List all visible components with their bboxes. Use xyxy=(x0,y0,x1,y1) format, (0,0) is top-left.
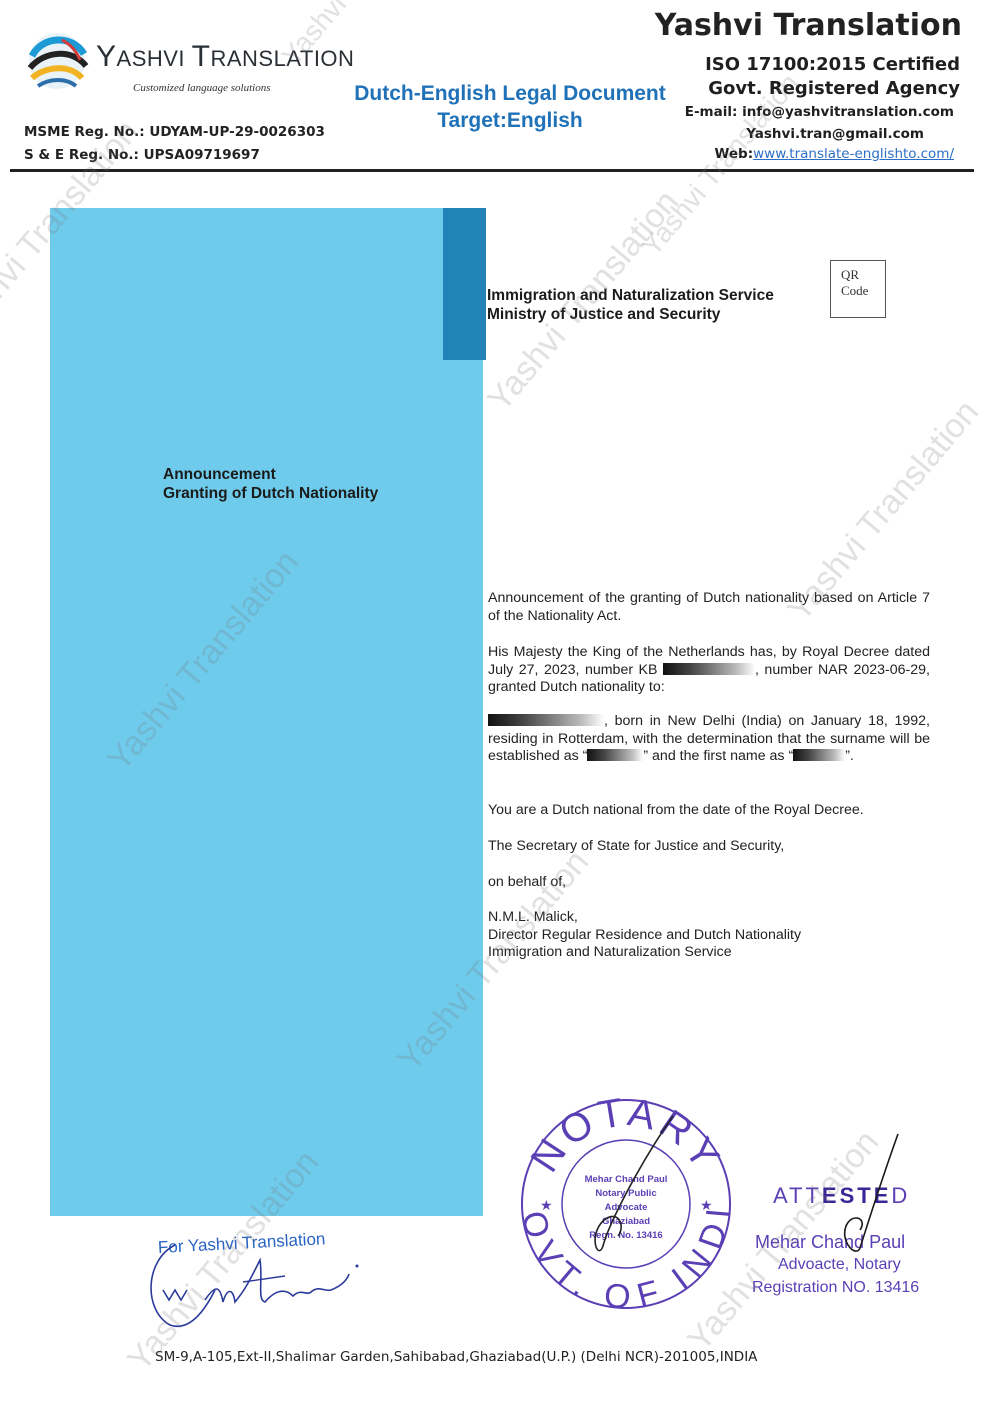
brand-name: YASHVI TRANSLATION xyxy=(96,40,354,74)
msme-registration: MSME Reg. No.: UDYAM-UP-29-0026303 xyxy=(24,124,325,140)
company-title: Yashvi Translation xyxy=(655,8,962,43)
header-divider xyxy=(10,169,974,172)
paragraph-nationality-date: You are a Dutch national from the date o… xyxy=(488,802,930,820)
company-website: Web:www.translate-englishto.com/ xyxy=(714,146,954,162)
paragraph-royal-decree: His Majesty the King of the Netherlands … xyxy=(488,644,930,697)
company-email: E-mail: info@yashvitranslation.com xyxy=(685,104,954,120)
iso-certification: ISO 17100:2015 Certified xyxy=(705,54,960,75)
qr-code-placeholder: QR Code xyxy=(830,260,886,318)
se-registration: S & E Reg. No.: UPSA09719697 xyxy=(24,147,260,163)
redacted-full-name xyxy=(488,714,604,726)
issuing-authority: Immigration and Naturalization Service M… xyxy=(487,286,774,324)
paragraph-secretary: The Secretary of State for Justice and S… xyxy=(488,838,930,856)
target-language: Target:English xyxy=(330,107,690,134)
notary-registration: Registration NO. 13416 xyxy=(752,1279,919,1297)
redacted-kb-number xyxy=(663,663,755,675)
announcement-title: Announcement Granting of Dutch Nationali… xyxy=(163,465,378,503)
paragraph-on-behalf: on behalf of, xyxy=(488,874,930,892)
dark-blue-strip xyxy=(443,208,486,360)
govt-registration: Govt. Registered Agency xyxy=(708,78,960,99)
svg-text:Advocate: Advocate xyxy=(605,1202,648,1213)
document-type-heading: Dutch-English Legal Document Target:Engl… xyxy=(330,80,690,134)
company-address: SM-9,A-105,Ext-II,Shalimar Garden,Sahiba… xyxy=(155,1349,757,1365)
paragraph-legal-basis: Announcement of the granting of Dutch na… xyxy=(488,590,930,625)
svg-text:Regn. No. 13416: Regn. No. 13416 xyxy=(589,1230,662,1241)
blue-cover-panel xyxy=(50,208,483,1216)
signatory-block: N.M.L. Malick, Director Regular Residenc… xyxy=(488,909,930,962)
paragraph-recipient: , born in New Delhi (India) on January 1… xyxy=(488,713,930,766)
translator-signature-icon xyxy=(135,1240,385,1330)
svg-text:★: ★ xyxy=(540,1197,553,1213)
notary-stamp-icon: NOTARY GOVT. OF INDIA ★ ★ Mehar Chand Pa… xyxy=(518,1096,734,1312)
company-email-alt: Yashvi.tran@gmail.com xyxy=(746,126,924,142)
document-type: Dutch-English Legal Document xyxy=(330,80,690,107)
redacted-surname xyxy=(587,749,643,761)
globe-logo-icon xyxy=(22,26,92,96)
website-link[interactable]: www.translate-englishto.com/ xyxy=(753,146,954,162)
svg-text:NOTARY: NOTARY xyxy=(523,1096,730,1180)
svg-text:Mehar Chand Paul: Mehar Chand Paul xyxy=(585,1174,668,1185)
brand-tagline: Customized language solutions xyxy=(133,82,271,94)
svg-text:★: ★ xyxy=(700,1197,713,1213)
notary-signature-icon xyxy=(780,1130,920,1270)
redacted-first-name xyxy=(793,749,845,761)
